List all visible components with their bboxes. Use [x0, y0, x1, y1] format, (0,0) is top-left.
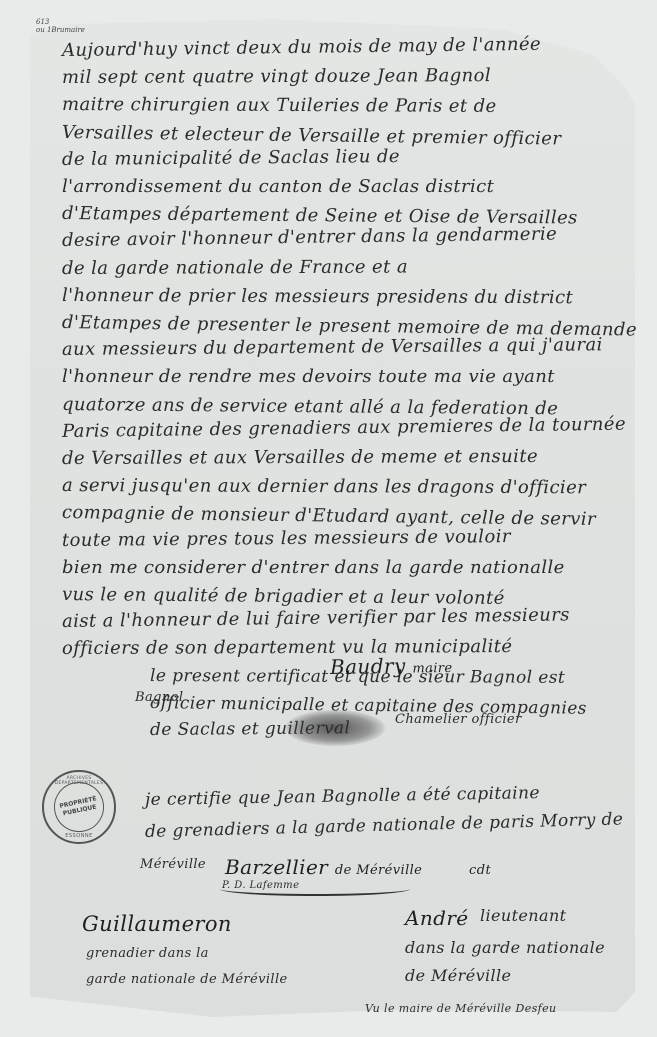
signature-name: Chamelier	[395, 712, 467, 727]
signature-barzellier: Barzellier de Méréville cdt	[225, 855, 491, 879]
signature-role: de Méréville	[335, 863, 422, 878]
role-text: garde nationale de Méréville	[86, 972, 288, 987]
role-text: grenadier dans la	[86, 946, 209, 961]
role-text: de Méréville	[405, 966, 511, 985]
signature-name: Barzellier	[225, 855, 328, 879]
body-line: maitre chirurgien aux Tuileries de Paris…	[62, 94, 497, 117]
body-line: l'arrondissement du canton de Saclas dis…	[62, 176, 494, 197]
signature-extra: cdt	[469, 863, 491, 878]
signature-guillaumeron: Guillaumeron	[82, 912, 232, 936]
margin-note: 613 ou 1Brumaire	[36, 18, 85, 34]
signature-bagnol: Bagnol	[135, 690, 183, 705]
margin-note-text: ou 1Brumaire	[36, 26, 85, 34]
body-line: de Versailles et aux Versailles de meme …	[62, 446, 538, 469]
signature-andre: André	[405, 906, 469, 930]
body-line: l'honneur de prier les messieurs preside…	[62, 285, 573, 308]
stamp-ring-bottom: ESSONNE	[44, 833, 114, 839]
archive-stamp: ARCHIVES DÉPARTEMENTALES PROPRIÉTÉ PUBLI…	[42, 770, 116, 844]
margin-note-number: 613	[36, 18, 85, 26]
signature-role: maire	[412, 661, 452, 677]
body-line: bien me considerer d'entrer dans la gard…	[62, 557, 565, 578]
role-text: dans la garde nationale	[405, 938, 605, 957]
body-line: mil sept cent quatre vingt douze Jean Ba…	[62, 65, 491, 88]
role-text: lieutenant	[480, 906, 566, 925]
signature-name: Baudry	[330, 654, 406, 679]
signature-baudry: Baudry maire	[330, 653, 453, 679]
signature-chamelier: Chamelier officier	[395, 712, 522, 727]
signature-role: officier	[471, 712, 521, 727]
stamp-center: PROPRIÉTÉ PUBLIQUE	[49, 777, 108, 836]
footer-note: Vu le maire de Méréville Desfeu	[365, 1002, 557, 1015]
body-line: toute ma vie pres tous les messieurs de …	[62, 526, 511, 551]
body-line: l'honneur de rendre mes devoirs toute ma…	[62, 366, 555, 387]
ink-smudge	[285, 710, 385, 746]
signature-flourish	[220, 882, 410, 896]
body-line: de la garde nationale de France et a	[62, 256, 408, 279]
body-line: de la municipalité de Saclas lieu de	[62, 146, 400, 170]
attestation-line-3: Méréville	[140, 857, 206, 872]
body-line: a servi jusqu'en aux dernier dans les dr…	[62, 475, 586, 498]
